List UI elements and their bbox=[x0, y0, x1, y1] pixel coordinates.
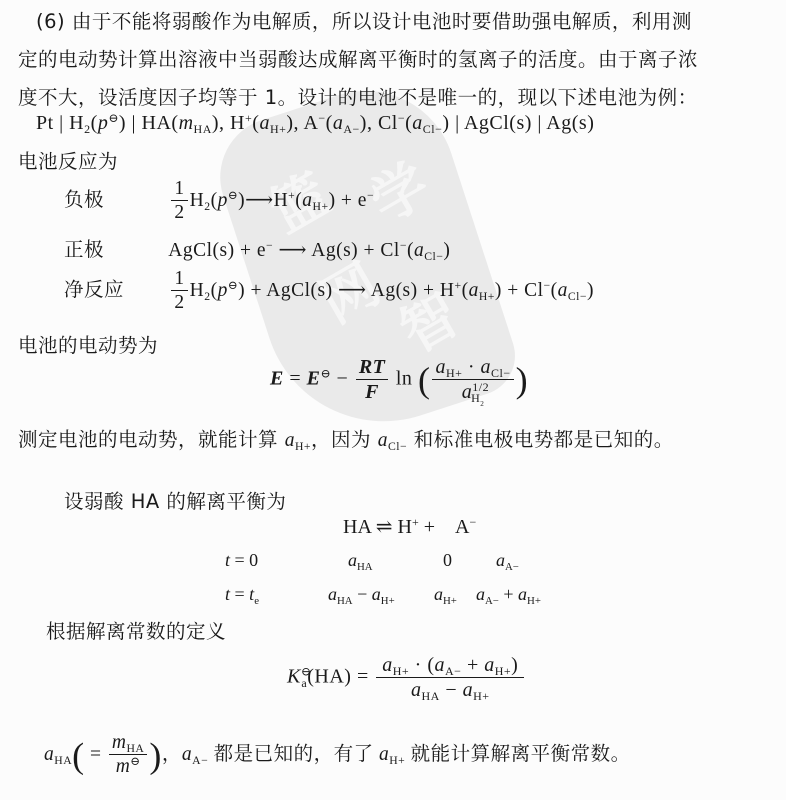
eq-cell: aH+ bbox=[434, 584, 457, 605]
emf-note: 测定电池的电动势，就能计算 aH+，因为 aCl− 和标准电极电势都是已知的。 bbox=[18, 424, 674, 452]
paragraph-line: 度不大，设活度因子均等于 1。设计的电池不是唯一的，现以下述电池为例： bbox=[18, 82, 698, 110]
eq-cell: 0 bbox=[443, 550, 452, 571]
emf-heading: 电池的电动势为 bbox=[18, 330, 158, 358]
reaction-label: 净反应 bbox=[64, 274, 164, 302]
equilibrium-heading: 设弱酸 HA 的解离平衡为 bbox=[64, 486, 286, 514]
reaction-label: 正极 bbox=[64, 234, 164, 262]
eq-cell: aHA bbox=[348, 550, 373, 571]
cell-notation: Pt | H2(p⊖) | HA(mHA), H+(aH+), A−(aA−),… bbox=[36, 112, 594, 135]
eq-header: HA ⇌ H+ + A− bbox=[343, 514, 476, 539]
paragraph-line: 定的电动势计算出溶液中当弱酸达成解离平衡时的氢离子的活度。由于离子浓 bbox=[18, 44, 698, 72]
reaction-anode: 负极 12H2(p⊖)⟶H+(aH+) + e− bbox=[64, 178, 374, 225]
paragraph-line: (6) 由于不能将弱酸作为电解质，所以设计电池时要借助强电解质，利用测 bbox=[36, 6, 692, 34]
ka-equation: K⊖a(HA) = aH+ · (aA− + aH+)aHA − aH+ bbox=[287, 654, 526, 702]
conclusion: aHA( = mHAm⊖)，aA− 都是已知的，有了 aH+ 就能计算解离平衡常… bbox=[44, 732, 631, 779]
reaction-label: 负极 bbox=[64, 184, 164, 212]
eq-cell: aHA − aH+ bbox=[328, 584, 395, 605]
eq-cell: aA− bbox=[496, 550, 519, 571]
emf-equation: E = E⊖ − RTF ln (aH+ · aCl−a1/2H2) bbox=[270, 356, 528, 404]
reaction-net: 净反应 12H2(p⊖) + AgCl(s) ⟶ Ag(s) + H+(aH+)… bbox=[64, 268, 594, 315]
eq-time: t = 0 bbox=[225, 550, 258, 571]
reaction-heading: 电池反应为 bbox=[18, 146, 118, 174]
eq-cell: aA− + aH+ bbox=[476, 584, 541, 605]
reaction-cathode: 正极 AgCl(s) + e− ⟶ Ag(s) + Cl−(aCl−) bbox=[64, 234, 450, 262]
definition-heading: 根据解离常数的定义 bbox=[46, 616, 226, 644]
eq-time: t = te bbox=[225, 584, 259, 605]
